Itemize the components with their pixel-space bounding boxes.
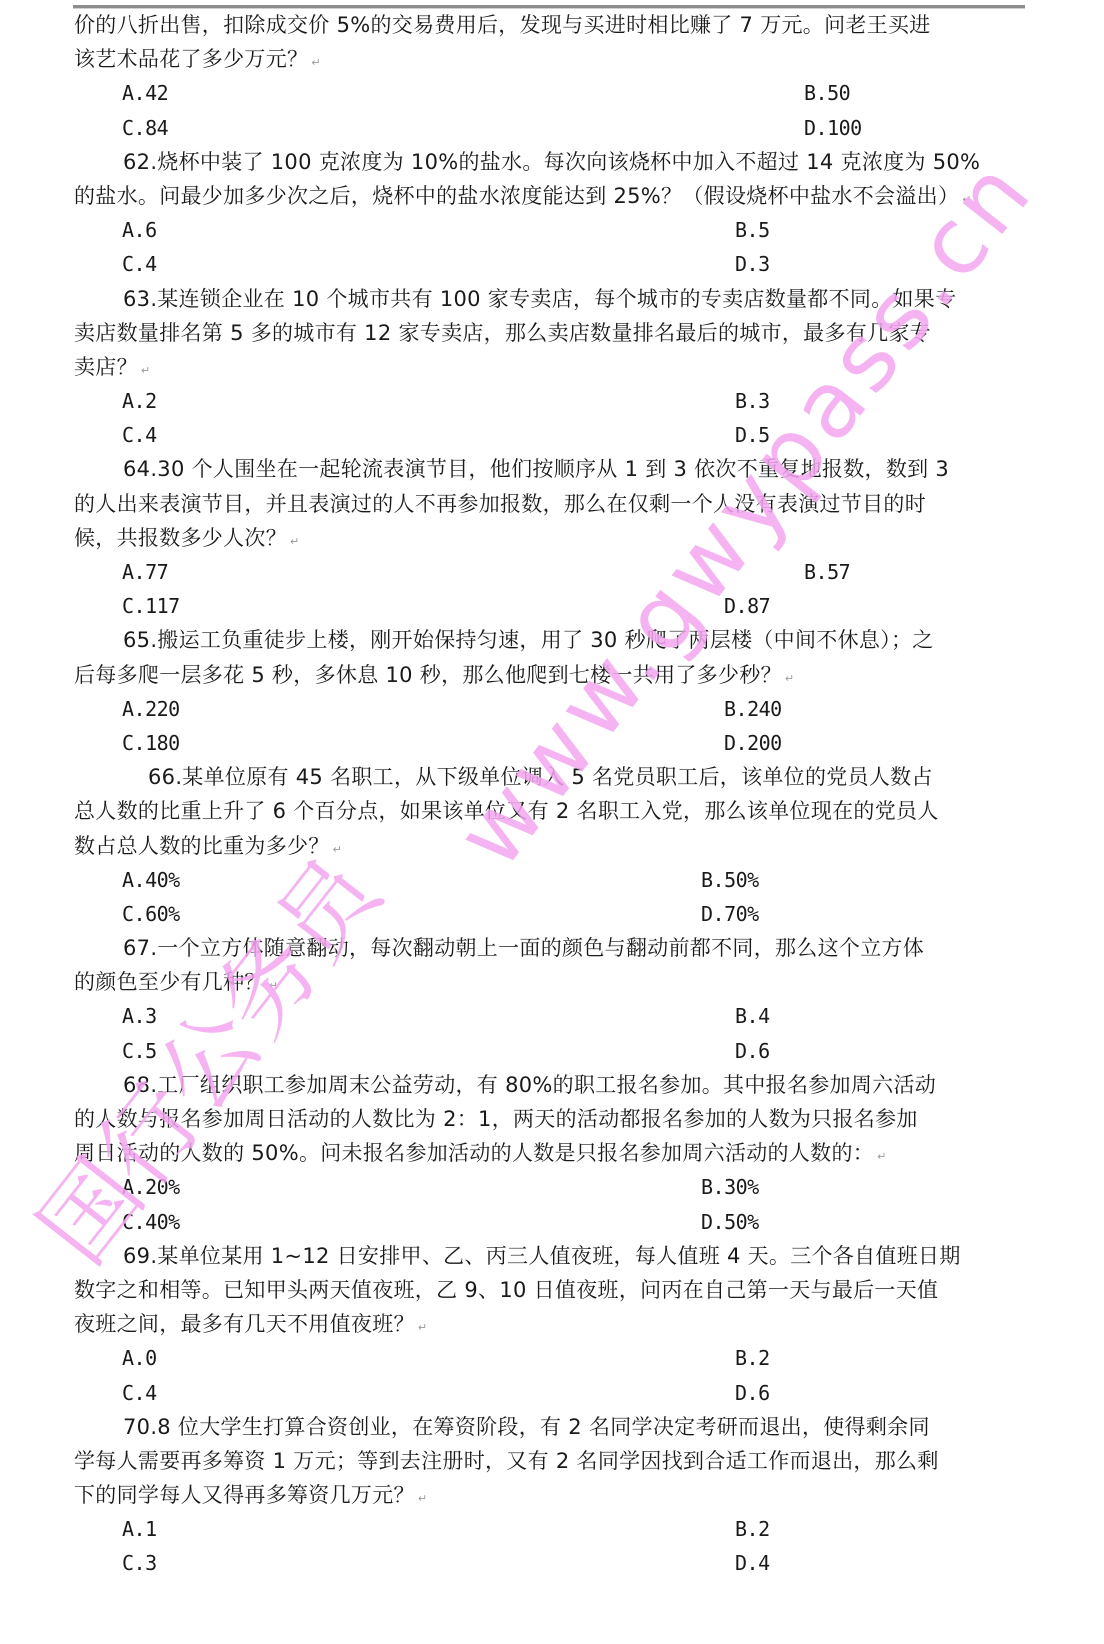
question-stem: 67.一个立方体随意翻动，每次翻动朝上一面的颜色与翻动前都不同，那么这个立方体 xyxy=(74,931,1034,965)
question-line: 候，共报数多少人次？↵ xyxy=(74,521,1034,555)
option-row: C.40%D.50% xyxy=(74,1205,1034,1239)
option-row: C.84 D.100 xyxy=(74,111,1034,145)
option-b[interactable]: B.4 xyxy=(735,999,770,1033)
option-c[interactable]: C.4 xyxy=(122,1376,157,1410)
question-stem: 64.30 个人围坐在一起轮流表演节目，他们按顺序从 1 到 3 依次不重复地报… xyxy=(74,452,1034,486)
option-row: A.42 B.50 xyxy=(74,76,1034,110)
option-b[interactable]: B.240 xyxy=(724,692,782,726)
option-row: A.2B.3 xyxy=(74,384,1034,418)
option-row: A.77B.57 xyxy=(74,555,1034,589)
option-c[interactable]: C.4 xyxy=(122,247,157,281)
option-a[interactable]: A.6 xyxy=(122,213,157,247)
question-line: 价的八折出售，扣除成交价 5%的交易费用后，发现与买进时相比赚了 7 万元。问老… xyxy=(74,8,1034,42)
option-d[interactable]: D.50% xyxy=(701,1205,759,1239)
option-b[interactable]: B.57 xyxy=(804,555,850,589)
option-row: A.1B.2 xyxy=(74,1512,1034,1546)
question-line: 周日活动的人数的 50%。问未报名参加活动的人数是只报名参加周六活动的人数的：↵ xyxy=(74,1136,1034,1170)
question-line: 数字之和相等。已知甲头两天值夜班，乙 9、10 日值夜班，问丙在自己第一天与最后… xyxy=(74,1273,1034,1307)
option-c[interactable]: C.60% xyxy=(122,897,180,931)
option-c[interactable]: C.84 xyxy=(122,111,168,145)
question-stem: 70.8 位大学生打算合资创业，在筹资阶段，有 2 名同学决定考研而退出，使得剩… xyxy=(74,1410,1034,1444)
option-a[interactable]: A.42 xyxy=(122,76,168,110)
paragraph-mark-icon: ↵ xyxy=(877,1150,887,1163)
question-line: 卖店数量排名第 5 多的城市有 12 家专卖店，那么卖店数量排名最后的城市，最多… xyxy=(74,316,1034,350)
question-stem: 62.烧杯中装了 100 克浓度为 10%的盐水。每次向该烧杯中加入不超过 14… xyxy=(74,145,1034,179)
question-61-continuation: 价的八折出售，扣除成交价 5%的交易费用后，发现与买进时相比赚了 7 万元。问老… xyxy=(74,8,1034,145)
option-a[interactable]: A.40% xyxy=(122,863,180,897)
paragraph-mark-icon: ↵ xyxy=(962,193,972,206)
question-68: 68.工厂组织职工参加周末公益劳动，有 80%的职工报名参加。其中报名参加周六活… xyxy=(74,1068,1034,1239)
option-c[interactable]: C.4 xyxy=(122,418,157,452)
question-line: 学每人需要再多筹资 1 万元；等到去注册时，又有 2 名同学因找到合适工作而退出… xyxy=(74,1444,1034,1478)
option-c[interactable]: C.117 xyxy=(122,589,180,623)
question-stem: 68.工厂组织职工参加周末公益劳动，有 80%的职工报名参加。其中报名参加周六活… xyxy=(74,1068,1034,1102)
option-d[interactable]: D.200 xyxy=(724,726,782,760)
option-b[interactable]: B.2 xyxy=(735,1341,770,1375)
option-row: C.117D.87 xyxy=(74,589,1034,623)
option-a[interactable]: A.1 xyxy=(122,1512,157,1546)
question-list: 62.烧杯中装了 100 克浓度为 10%的盐水。每次向该烧杯中加入不超过 14… xyxy=(74,145,1034,1581)
option-row: C.5D.6 xyxy=(74,1034,1034,1068)
exam-page: 价的八折出售，扣除成交价 5%的交易费用后，发现与买进时相比赚了 7 万元。问老… xyxy=(74,8,1034,1581)
option-a[interactable]: A.20% xyxy=(122,1170,180,1204)
option-row: A.0B.2 xyxy=(74,1341,1034,1375)
option-row: A.20%B.30% xyxy=(74,1170,1034,1204)
question-67: 67.一个立方体随意翻动，每次翻动朝上一面的颜色与翻动前都不同，那么这个立方体的… xyxy=(74,931,1034,1068)
option-row: C.180D.200 xyxy=(74,726,1034,760)
option-b[interactable]: B.50% xyxy=(701,863,759,897)
paragraph-mark-icon: ↵ xyxy=(418,1321,428,1334)
option-row: A.6B.5 xyxy=(74,213,1034,247)
option-b[interactable]: B.5 xyxy=(735,213,770,247)
option-row: C.3D.4 xyxy=(74,1546,1034,1580)
option-b[interactable]: B.3 xyxy=(735,384,770,418)
option-d[interactable]: D.6 xyxy=(735,1034,770,1068)
option-c[interactable]: C.3 xyxy=(122,1546,157,1580)
question-line: 总人数的比重上升了 6 个百分点，如果该单位又有 2 名职工入党，那么该单位现在… xyxy=(74,794,1034,828)
option-row: A.3B.4 xyxy=(74,999,1034,1033)
option-row: C.4D.5 xyxy=(74,418,1034,452)
question-line: 的盐水。问最少加多少次之后，烧杯中的盐水浓度能达到 25%？（假设烧杯中盐水不会… xyxy=(74,179,1034,213)
question-line: 的人出来表演节目，并且表演过的人不再参加报数，那么在仅剩一个人没有表演过节目的时 xyxy=(74,487,1034,521)
question-line: 该艺术品花了多少万元？↵ xyxy=(74,42,1034,76)
option-a[interactable]: A.0 xyxy=(122,1341,157,1375)
option-row: A.220B.240 xyxy=(74,692,1034,726)
option-a[interactable]: A.3 xyxy=(122,999,157,1033)
option-b[interactable]: B.50 xyxy=(804,76,850,110)
question-70: 70.8 位大学生打算合资创业，在筹资阶段，有 2 名同学决定考研而退出，使得剩… xyxy=(74,1410,1034,1581)
option-d[interactable]: D.4 xyxy=(735,1546,770,1580)
question-65: 65.搬运工负重徒步上楼，刚开始保持匀速，用了 30 秒爬了两层楼（中间不休息）… xyxy=(74,623,1034,760)
option-row: C.4D.6 xyxy=(74,1376,1034,1410)
option-a[interactable]: A.2 xyxy=(122,384,157,418)
question-64: 64.30 个人围坐在一起轮流表演节目，他们按顺序从 1 到 3 依次不重复地报… xyxy=(74,452,1034,623)
question-stem: 69.某单位某用 1~12 日安排甲、乙、丙三人值夜班，每人值班 4 天。三个各… xyxy=(74,1239,1034,1273)
option-row: A.40%B.50% xyxy=(74,863,1034,897)
question-63: 63.某连锁企业在 10 个城市共有 100 家专卖店，每个城市的专卖店数量都不… xyxy=(74,282,1034,453)
option-row: C.60%D.70% xyxy=(74,897,1034,931)
option-d[interactable]: D.70% xyxy=(701,897,759,931)
question-line: 的人数与报名参加周日活动的人数比为 2：1，两天的活动都报名参加的人数为只报名参… xyxy=(74,1102,1034,1136)
paragraph-mark-icon: ↵ xyxy=(418,1492,428,1505)
paragraph-mark-icon: ↵ xyxy=(785,672,795,685)
option-c[interactable]: C.40% xyxy=(122,1205,180,1239)
question-stem: 65.搬运工负重徒步上楼，刚开始保持匀速，用了 30 秒爬了两层楼（中间不休息）… xyxy=(74,623,1034,657)
question-stem: 63.某连锁企业在 10 个城市共有 100 家专卖店，每个城市的专卖店数量都不… xyxy=(74,282,1034,316)
question-line: 卖店？↵ xyxy=(74,350,1034,384)
option-c[interactable]: C.5 xyxy=(122,1034,157,1068)
paragraph-mark-icon: ↵ xyxy=(141,364,151,377)
option-a[interactable]: A.77 xyxy=(122,555,168,589)
option-d[interactable]: D.100 xyxy=(804,111,862,145)
question-66: 66.某单位原有 45 名职工，从下级单位调入 5 名党员职工后，该单位的党员人… xyxy=(74,760,1034,931)
question-stem: 66.某单位原有 45 名职工，从下级单位调入 5 名党员职工后，该单位的党员人… xyxy=(74,760,1034,794)
question-line: 的颜色至少有几种？↵ xyxy=(74,965,1034,999)
option-b[interactable]: B.2 xyxy=(735,1512,770,1546)
question-62: 62.烧杯中装了 100 克浓度为 10%的盐水。每次向该烧杯中加入不超过 14… xyxy=(74,145,1034,282)
option-row: C.4D.3 xyxy=(74,247,1034,281)
paragraph-mark-icon: ↵ xyxy=(333,843,343,856)
paragraph-mark-icon: ↵ xyxy=(290,535,300,548)
question-line: 下的同学每人又得再多筹资几万元？↵ xyxy=(74,1478,1034,1512)
option-d[interactable]: D.3 xyxy=(735,247,770,281)
question-69: 69.某单位某用 1~12 日安排甲、乙、丙三人值夜班，每人值班 4 天。三个各… xyxy=(74,1239,1034,1410)
option-d[interactable]: D.87 xyxy=(724,589,770,623)
question-line: 数占总人数的比重为多少？↵ xyxy=(74,829,1034,863)
option-d[interactable]: D.5 xyxy=(735,418,770,452)
option-c[interactable]: C.180 xyxy=(122,726,180,760)
option-d[interactable]: D.6 xyxy=(735,1376,770,1410)
option-a[interactable]: A.220 xyxy=(122,692,180,726)
paragraph-mark-icon: ↵ xyxy=(269,979,279,992)
question-line: 夜班之间，最多有几天不用值夜班？↵ xyxy=(74,1307,1034,1341)
option-b[interactable]: B.30% xyxy=(701,1170,759,1204)
question-line: 后每多爬一层多花 5 秒，多休息 10 秒，那么他爬到七楼一共用了多少秒？↵ xyxy=(74,658,1034,692)
paragraph-mark-icon: ↵ xyxy=(311,56,321,69)
